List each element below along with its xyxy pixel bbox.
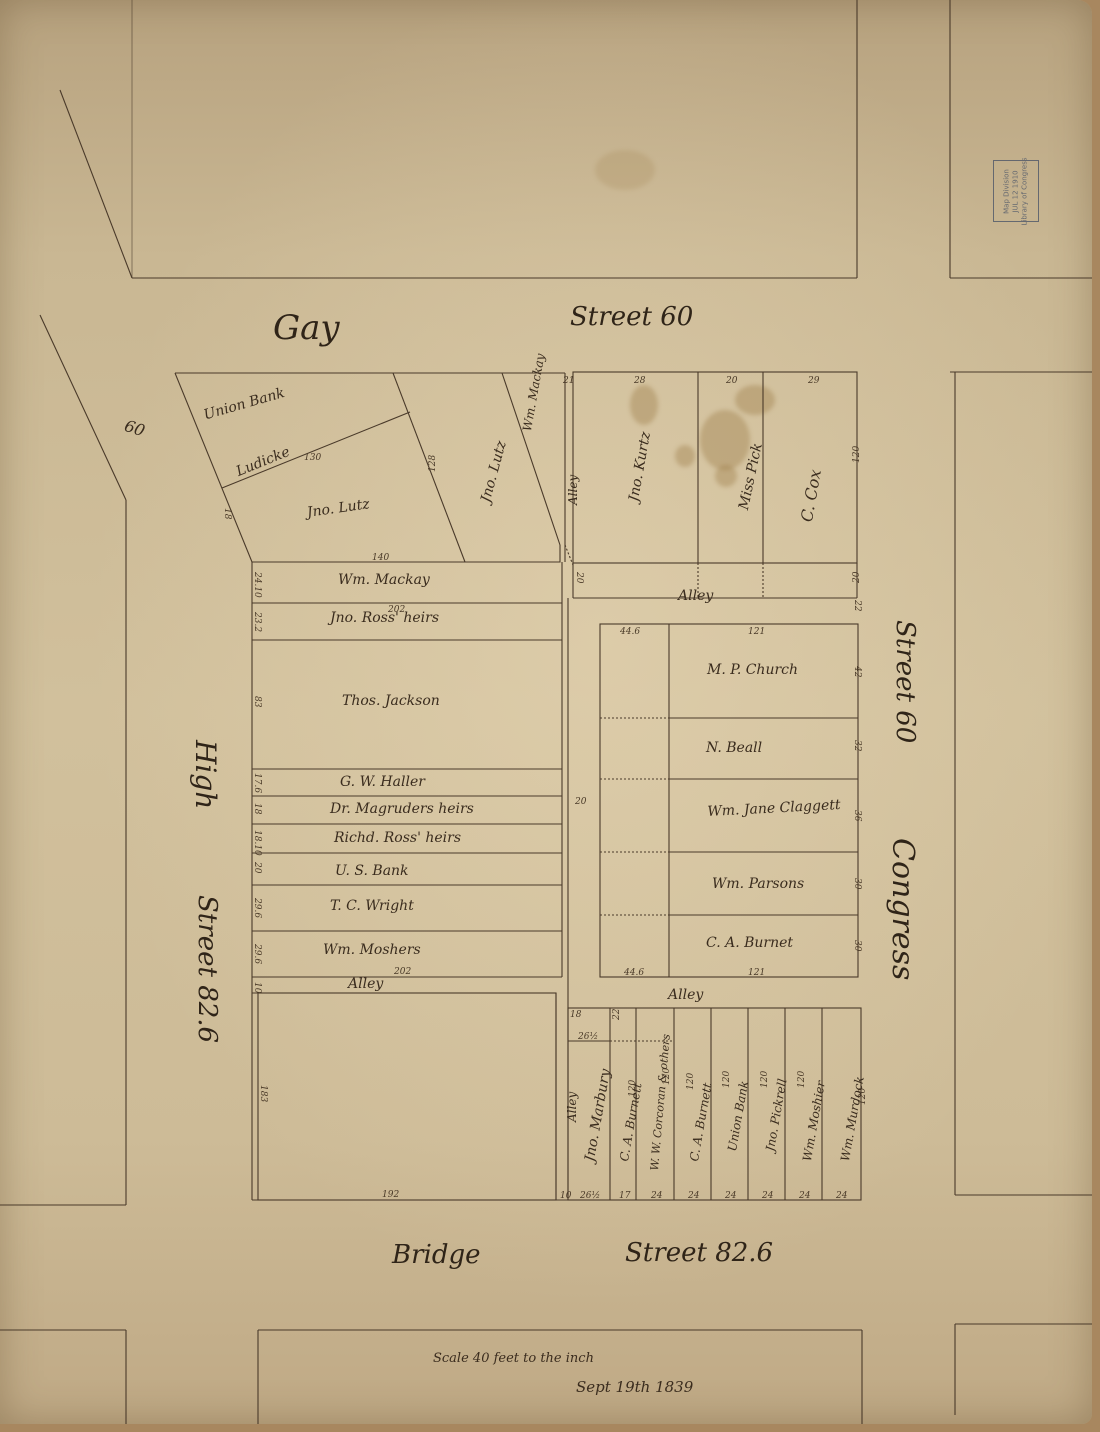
plat-lines: [0, 0, 1100, 1432]
dimension: 20: [252, 862, 262, 873]
lot-owner: Thos. Jackson: [342, 693, 440, 709]
dimension: 24: [762, 1191, 773, 1201]
dimension: 24: [799, 1191, 810, 1201]
lot-owner: Wm. Mackay: [338, 572, 430, 588]
dimension: 17.6: [252, 773, 262, 793]
dimension: 130: [304, 453, 321, 463]
lot-owner: C. A. Burnet: [706, 935, 793, 951]
lot-owner: Dr. Magruders heirs: [330, 801, 474, 817]
lot-owner: N. Beall: [706, 740, 762, 756]
lot-owner: Richd. Ross' heirs: [334, 830, 461, 846]
library-stamp: Map Division JUL 12 1910 Library of Cong…: [993, 160, 1039, 222]
street-width: 82.6: [715, 1238, 773, 1268]
dimension: 22: [852, 600, 862, 611]
dimension: 26½: [580, 1191, 600, 1201]
dimension: 23.2: [252, 612, 262, 632]
dimension: 42: [852, 666, 862, 677]
alley-label: Alley: [566, 475, 580, 505]
dimension: 18: [222, 508, 232, 519]
dimension: 202: [388, 605, 405, 615]
dimension: 10: [560, 1191, 571, 1201]
dimension: 120: [662, 1068, 672, 1085]
dimension: 20: [852, 572, 862, 583]
dimension: 30: [852, 940, 862, 951]
dimension: 120: [722, 1071, 732, 1088]
street-label-gay-word: Street 60: [570, 302, 693, 332]
dimension: 140: [372, 553, 389, 563]
dimension: 202: [394, 967, 411, 977]
lot-owner: Jno. Ross' heirs: [330, 610, 439, 626]
dimension: 32: [852, 740, 862, 751]
dimension: 17: [619, 1191, 630, 1201]
dimension: 20: [575, 797, 586, 807]
street-label-high-word: Street 82.6: [192, 895, 222, 1043]
dimension: 24: [836, 1191, 847, 1201]
lot-owner: U. S. Bank: [335, 863, 409, 879]
dimension: 22: [612, 1009, 622, 1020]
dimension: 21: [563, 376, 574, 386]
dimension: 44.6: [620, 627, 640, 637]
street-width: 60: [660, 302, 693, 332]
dimension: 36: [852, 810, 862, 821]
dimension: 121: [748, 968, 765, 978]
dimension: 30: [852, 878, 862, 889]
scale-note: Scale 40 feet to the inch: [433, 1351, 594, 1366]
dimension: 24.10: [252, 572, 262, 598]
stamp-line: Map Division: [1003, 157, 1012, 225]
street-label-bridge-word: Street 82.6: [625, 1238, 773, 1268]
stamp-line: JUL 12 1910: [1012, 157, 1021, 225]
dimension: 29.6: [252, 944, 262, 964]
alley-label: Alley: [678, 588, 713, 604]
dimension: 26½: [578, 1032, 598, 1042]
dimension: 120: [628, 1080, 638, 1097]
dimension: 120: [760, 1071, 770, 1088]
alley-label: Alley: [348, 976, 383, 992]
lot-owner: Wm. Parsons: [712, 876, 804, 892]
dimension: 192: [382, 1190, 399, 1200]
dimension: 120: [858, 1088, 868, 1105]
dimension: 29.6: [252, 898, 262, 918]
dimension: 183: [258, 1085, 268, 1102]
dimension: 44.6: [624, 968, 644, 978]
lot-owner: G. W. Haller: [340, 774, 425, 790]
street-word: Street: [625, 1238, 707, 1268]
street-word: Street: [192, 895, 222, 977]
street-word: Street: [570, 302, 652, 332]
street-label-congress: Congress: [885, 838, 920, 980]
stamp-line: Library of Congress: [1021, 157, 1030, 225]
dimension: 18: [252, 803, 262, 814]
dimension: 24: [725, 1191, 736, 1201]
dimension: 120: [797, 1071, 807, 1088]
lot-owner: T. C. Wright: [330, 898, 414, 914]
dimension: 28: [634, 376, 645, 386]
street-word: Street: [890, 620, 920, 702]
street-label-congress-word: Street 60: [890, 620, 920, 743]
dimension: 20: [726, 376, 737, 386]
street-label-gay: Gay: [273, 308, 340, 348]
dimension: 24: [651, 1191, 662, 1201]
alley-label: Alley: [565, 1092, 579, 1122]
date-note: Sept 19th 1839: [576, 1378, 693, 1396]
street-width: 60: [890, 710, 920, 743]
dimension: 18.10: [252, 830, 262, 856]
dimension: 10: [252, 982, 262, 993]
street-label-bridge: Bridge: [392, 1240, 481, 1270]
alley-label: Alley: [668, 987, 703, 1003]
street-width: 82.6: [192, 985, 222, 1043]
dimension: 120: [686, 1073, 696, 1090]
dimension: 24: [688, 1191, 699, 1201]
dimension: 121: [748, 627, 765, 637]
dimension: 20: [574, 572, 584, 583]
dimension: 120: [852, 446, 862, 463]
dimension: 128: [428, 455, 438, 472]
lot-owner: M. P. Church: [707, 662, 798, 678]
lot-owner: Wm. Moshers: [323, 942, 421, 958]
dimension: 18: [570, 1010, 581, 1020]
dimension: 29: [808, 376, 819, 386]
street-label-high: High: [189, 740, 222, 809]
dimension: 83: [252, 696, 262, 707]
